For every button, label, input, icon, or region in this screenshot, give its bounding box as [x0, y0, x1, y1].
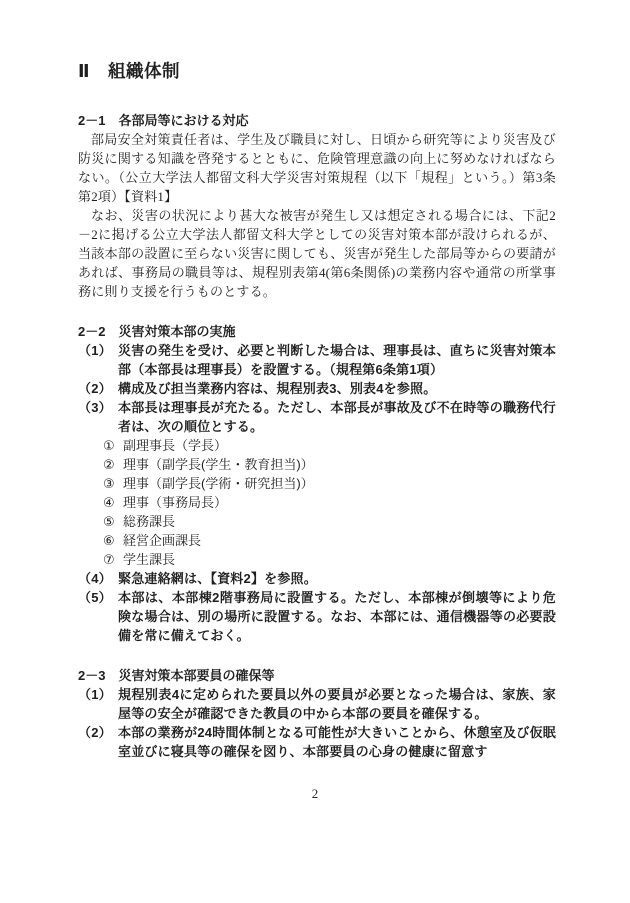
list-item: （1） 災害の発生を受け、必要と判断した場合は、理事長は、直ちに災害対策本部（本…: [78, 341, 556, 379]
list-item-text: 緊急連絡網は、【資料2】を参照。: [118, 569, 556, 588]
list-item-label: （1）: [78, 685, 118, 723]
list-item-text: 災害の発生を受け、必要と判断した場合は、理事長は、直ちに災害対策本部（本部長は理…: [118, 341, 556, 379]
paragraph: 部局安全対策責任者は、学生及び職員に対し、日頃から研究等により災害及び防災に関す…: [78, 130, 556, 206]
list-item: （2） 構成及び担当業務内容は、規程別表3、別表4を参照。: [78, 379, 556, 398]
sub-list-item-text: 理事（副学長(学生・教育担当)）: [123, 455, 556, 474]
list-item-label: （4）: [78, 569, 118, 588]
list-item-label: （3）: [78, 398, 118, 436]
sub-list-item-number: ⑤: [103, 512, 123, 531]
list-item-label: （1）: [78, 341, 118, 379]
list-item-text: 規程別表4に定められた要員以外の要員が必要となった場合は、家族、家屋等の安全が確…: [118, 685, 556, 723]
sub-list-item-number: ⑦: [103, 550, 123, 569]
deputy-order-list: ① 副理事長（学長） ② 理事（副学長(学生・教育担当)） ③ 理事（副学長(学…: [103, 436, 556, 569]
list-item: （2） 本部の業務が24時間体制となる可能性が大きいことから、休憩室及び仮眠室並…: [78, 723, 556, 761]
sub-list-item-text: 学生課長: [123, 550, 556, 569]
sub-list-item-number: ①: [103, 436, 123, 455]
list-item-text: 構成及び担当業務内容は、規程別表3、別表4を参照。: [118, 379, 556, 398]
document-page: Ⅱ 組織体制 2－1 各部局等における対応 部局安全対策責任者は、学生及び職員に…: [0, 0, 630, 903]
sub-list-item-text: 理事（事務局長）: [123, 493, 556, 512]
sub-list-item: ⑦ 学生課長: [103, 550, 556, 569]
paragraph: なお、災害の状況により甚大な被害が発生し又は想定される場合には、下記2－2に掲げ…: [78, 206, 556, 301]
sub-list-item-number: ⑥: [103, 531, 123, 550]
sub-list-item: ① 副理事長（学長）: [103, 436, 556, 455]
section-heading: 2－1 各部局等における対応: [78, 111, 556, 130]
sub-list-item: ③ 理事（副学長(学術・研究担当)）: [103, 474, 556, 493]
list-item: （4） 緊急連絡網は、【資料2】を参照。: [78, 569, 556, 588]
list-item-text: 本部は、本部棟2階事務局に設置する。ただし、本部棟が倒壊等により危険な場合は、別…: [118, 588, 556, 645]
list-item: （1） 規程別表4に定められた要員以外の要員が必要となった場合は、家族、家屋等の…: [78, 685, 556, 723]
sub-list-item-text: 理事（副学長(学術・研究担当)）: [123, 474, 556, 493]
list-item: （3） 本部長は理事長が充たる。ただし、本部長が事故及び不在時等の職務代行者は、…: [78, 398, 556, 436]
page-title: Ⅱ 組織体制: [78, 58, 556, 84]
sub-list-item-number: ②: [103, 455, 123, 474]
section-heading: 2－3 災害対策本部要員の確保等: [78, 666, 556, 685]
sub-list-item-number: ④: [103, 493, 123, 512]
list-item-text: 本部の業務が24時間体制となる可能性が大きいことから、休憩室及び仮眠室並びに寝具…: [118, 723, 556, 761]
sub-list-item-text: 総務課長: [123, 512, 556, 531]
list-item-label: （2）: [78, 379, 118, 398]
sub-list-item: ④ 理事（事務局長）: [103, 493, 556, 512]
sub-list-item: ② 理事（副学長(学生・教育担当)）: [103, 455, 556, 474]
list-item-text: 本部長は理事長が充たる。ただし、本部長が事故及び不在時等の職務代行者は、次の順位…: [118, 398, 556, 436]
section-response-by-departments: 2－1 各部局等における対応 部局安全対策責任者は、学生及び職員に対し、日頃から…: [78, 111, 556, 301]
section-disaster-hq-implementation: 2－2 災害対策本部の実施 （1） 災害の発生を受け、必要と判断した場合は、理事…: [78, 322, 556, 645]
section-hq-personnel: 2－3 災害対策本部要員の確保等 （1） 規程別表4に定められた要員以外の要員が…: [78, 666, 556, 761]
list-item-label: （5）: [78, 588, 118, 645]
sub-list-item: ⑤ 総務課長: [103, 512, 556, 531]
list-item-label: （2）: [78, 723, 118, 761]
sub-list-item-text: 副理事長（学長）: [123, 436, 556, 455]
sub-list-item-text: 経営企画課長: [123, 531, 556, 550]
list-item: （5） 本部は、本部棟2階事務局に設置する。ただし、本部棟が倒壊等により危険な場…: [78, 588, 556, 645]
section-heading: 2－2 災害対策本部の実施: [78, 322, 556, 341]
sub-list-item: ⑥ 経営企画課長: [103, 531, 556, 550]
page-number: 2: [0, 784, 630, 803]
sub-list-item-number: ③: [103, 474, 123, 493]
